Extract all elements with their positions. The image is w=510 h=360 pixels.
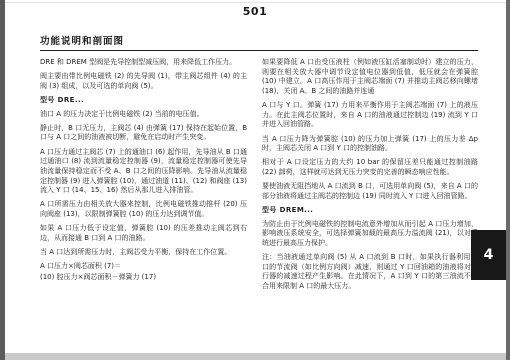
scan-edge-top <box>5 2 506 3</box>
right-column: 如果要降低 A 口由受压液柱（例如液压缸活塞制动时）建立的压力，则要在相关放大器… <box>262 58 478 296</box>
heading-divider <box>40 50 478 51</box>
model-dre-subheading: 型号 DRE... <box>40 96 247 106</box>
scan-edge-left <box>0 0 5 360</box>
paragraph: A 口与 Y 口。弹簧 (17) 力用来平衡作用于主阀芯端面 (7) 上的液压力… <box>262 101 478 130</box>
note-paragraph: 注：当油液通过单向阀 (5) 从 A 口流到 B 口时，如果执行器利用 B 口的… <box>262 253 478 292</box>
page-content: 功能说明和剖面图 DRE 和 DREM 型阀是先导控制型减压阀，用来降低工作压力… <box>40 33 478 296</box>
paragraph: A 口所需压力由相关放大器来控制，比例电磁铁推动推杆 (20) 压向阀座 (13… <box>40 200 247 219</box>
paragraph: 如果 A 口压力低于设定值，弹簧腔 (10) 的压差推动主阀芯到右边，从而接通 … <box>40 224 247 243</box>
scan-edge-bottom <box>5 353 506 360</box>
paragraph: A 口压力通过主阀芯 (7) 上的通油口 (6) 起作用，先导油从 B 口通过通… <box>40 148 247 196</box>
paragraph: 为防止由于比例电磁铁的控制电流意外增加从而引起 A 口压力增加，影响液压系统安全… <box>262 220 478 249</box>
scan-edge-right <box>506 0 510 360</box>
left-column: DRE 和 DREM 型阀是先导控制型减压阀，用来降低工作压力。 阀主要由带比例… <box>40 58 247 296</box>
formula-line: (10) 腔压力×阀芯面积－弹簧力 (17) <box>40 273 247 283</box>
paragraph: 如果要降低 A 口由受压液柱（例如液压缸活塞制动时）建立的压力，则要在相关放大器… <box>262 58 478 97</box>
section-heading: 功能说明和剖面图 <box>40 33 478 47</box>
chapter-index-tab: 4 <box>471 230 506 280</box>
paragraph: 当 A 口达到所需压力时，主阀芯受力平衡，保持在工作位置。 <box>40 248 247 258</box>
page-number: 501 <box>0 5 510 18</box>
paragraph: 油口 A 的压力决定于比例电磁铁 (2) 当前的电压值。 <box>40 110 247 120</box>
paragraph: 相对于 A 口设定压力的大约 10 bar 的保留压差只能通过控制油路 (22)… <box>262 158 478 177</box>
formula-line: A 口压力×阀芯面积 (7)＝ <box>40 262 247 272</box>
two-column-layout: DRE 和 DREM 型阀是先导控制型减压阀，用来降低工作压力。 阀主要由带比例… <box>40 58 478 296</box>
paragraph: 静止时，B 口无压力，主阀芯 (4) 由弹簧 (17) 保持在起始位置，B 口与… <box>40 124 247 143</box>
paragraph: 当 A 口压力降为弹簧腔 (10) 的压力加上弹簧 (17) 上的压力差 Δp … <box>262 135 478 154</box>
paragraph: 要使油液无阻挡地从 A 口流到 B 口，可选用单向阀 (5)，来自 A 口的部分… <box>262 182 478 201</box>
paragraph: DRE 和 DREM 型阀是先导控制型减压阀，用来降低工作压力。 <box>40 58 247 68</box>
paragraph: 阀主要由带比例电磁铁 (2) 的先导阀 (1)，带主阀芯组件 (4) 的主阀 (… <box>40 72 247 91</box>
model-drem-subheading: 型号 DREM... <box>262 206 478 216</box>
